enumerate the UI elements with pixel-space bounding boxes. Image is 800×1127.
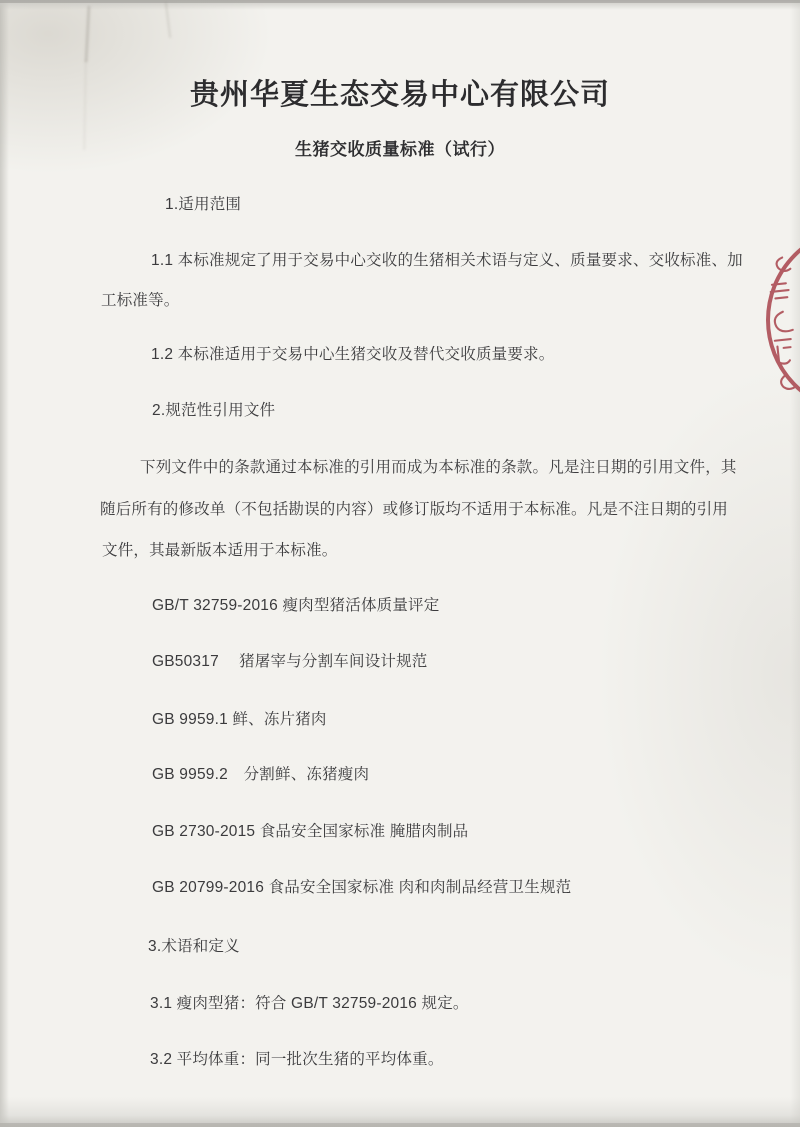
paper-crease (165, 2, 171, 38)
references-para-line-1: 下列文件中的条款通过本标准的引用而成为本标准的条款。凡是注日期的引用文件，其 (140, 458, 737, 477)
reference-gb2730: GB 2730-2015 食品安全国家标准 腌腊肉制品 (152, 822, 468, 841)
reference-gb9959-2: GB 9959.2 分割鲜、冻猪瘦肉 (152, 765, 369, 784)
reference-gb20799: GB 20799-2016 食品安全国家标准 肉和肉制品经营卫生规范 (152, 878, 571, 897)
clause-1-1-line-1: 1.1 本标准规定了用于交易中心交收的生猪相关术语与定义、质量要求、交收标准、加 (151, 251, 743, 270)
reference-gb32759: GB/T 32759-2016 瘦肉型猪活体质量评定 (152, 596, 439, 615)
reference-gb9959-1: GB 9959.1 鲜、冻片猪肉 (152, 710, 327, 729)
clause-3-1: 3.1 瘦肉型猪：符合 GB/T 32759-2016 规定。 (150, 994, 469, 1013)
section-1-heading: 1.适用范围 (165, 195, 241, 214)
company-title: 贵州华夏生态交易中心有限公司 (0, 72, 800, 113)
references-para-line-3: 文件，其最新版本适用于本标准。 (102, 541, 338, 560)
scan-edge-top (0, 0, 800, 3)
clause-3-2: 3.2 平均体重：同一批次生猪的平均体重。 (150, 1050, 444, 1069)
section-2-heading: 2.规范性引用文件 (152, 401, 275, 420)
clause-1-1-line-2: 工标准等。 (101, 291, 180, 310)
paper-crease (85, 6, 91, 62)
scanned-document-page: 贵州华夏生态交易中心有限公司 生猪交收质量标准（试行） 1.适用范围 1.1 本… (0, 0, 800, 1127)
section-3-heading: 3.术语和定义 (148, 937, 240, 956)
reference-gb50317: GB50317 猪屠宰与分割车间设计规范 (152, 652, 428, 671)
doc-title: 生猪交收质量标准（试行） (0, 135, 800, 160)
partial-red-circular-seal-icon (755, 228, 800, 420)
references-para-line-2: 随后所有的修改单（不包括勘误的内容）或修订版均不适用于本标准。凡是不注日期的引用 (100, 500, 728, 519)
clause-1-2: 1.2 本标准适用于交易中心生猪交收及替代交收质量要求。 (151, 345, 554, 364)
scan-edge-bottom (0, 1123, 800, 1127)
